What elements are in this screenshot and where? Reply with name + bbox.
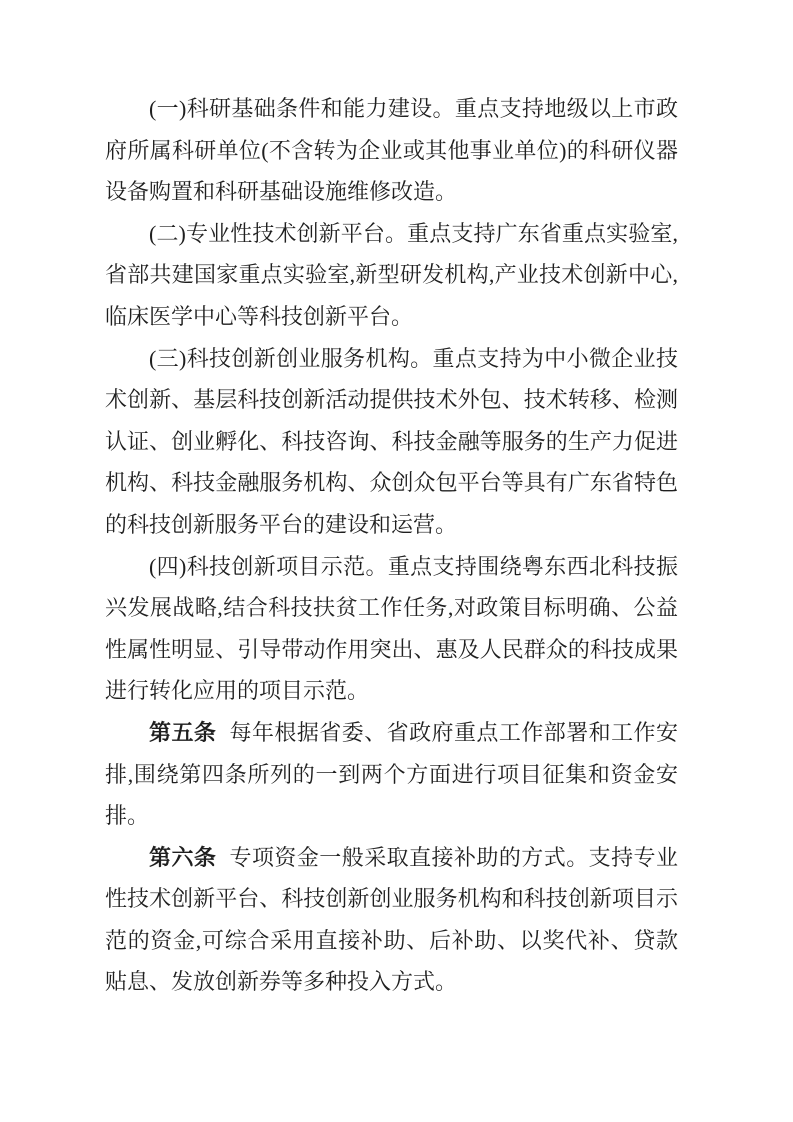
paragraph-article-6: 第六条专项资金一般采取直接补助的方式。支持专业性技术创新平台、科技创新创业服务机…	[105, 837, 678, 1003]
paragraph-clause-2: (二)专业性技术创新平台。重点支持广东省重点实验室,省部共建国家重点实验室,新型…	[105, 213, 678, 338]
paragraph-text: (三)科技创新创业服务机构。重点支持为中小微企业技术创新、基层科技创新活动提供技…	[105, 346, 678, 537]
paragraph-text: (一)科研基础条件和能力建设。重点支持地级以上市政府所属科研单位(不含转为企业或…	[105, 96, 678, 204]
document-page: (一)科研基础条件和能力建设。重点支持地级以上市政府所属科研单位(不含转为企业或…	[0, 0, 793, 1122]
article-number-label: 第五条	[149, 720, 216, 745]
document-body: (一)科研基础条件和能力建设。重点支持地级以上市政府所属科研单位(不含转为企业或…	[105, 88, 678, 1003]
paragraph-clause-3: (三)科技创新创业服务机构。重点支持为中小微企业技术创新、基层科技创新活动提供技…	[105, 338, 678, 546]
article-number-label: 第六条	[149, 845, 216, 870]
paragraph-clause-1: (一)科研基础条件和能力建设。重点支持地级以上市政府所属科研单位(不含转为企业或…	[105, 88, 678, 213]
paragraph-text: (四)科技创新项目示范。重点支持围绕粤东西北科技振兴发展战略,结合科技扶贫工作任…	[105, 554, 678, 704]
paragraph-article-5: 第五条每年根据省委、省政府重点工作部署和工作安排,围绕第四条所列的一到两个方面进…	[105, 712, 678, 837]
paragraph-clause-4: (四)科技创新项目示范。重点支持围绕粤东西北科技振兴发展战略,结合科技扶贫工作任…	[105, 546, 678, 712]
paragraph-text: (二)专业性技术创新平台。重点支持广东省重点实验室,省部共建国家重点实验室,新型…	[105, 221, 678, 329]
